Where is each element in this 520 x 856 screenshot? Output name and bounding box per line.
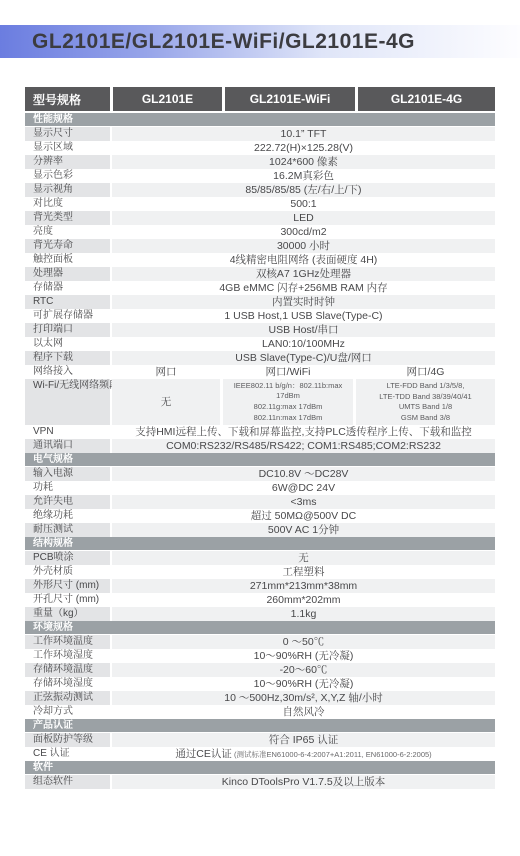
- row-value: 自然风冷: [112, 705, 495, 719]
- spec-row: 背光类型LED: [25, 211, 495, 225]
- row-value-text: -20～60℃: [280, 664, 328, 676]
- row-value: 271mm*213mm*38mm: [112, 579, 495, 593]
- row-label: 程序下载: [25, 351, 110, 365]
- table-header-row: 型号规格 GL2101E GL2101E-WiFi GL2101E-4G: [25, 87, 495, 111]
- row-values: 网口网口/WiFi网口/4G: [112, 365, 495, 379]
- row-subvalue-line: 802.11g:max 17dBm: [254, 402, 323, 412]
- spec-row: 亮度300cd/m2: [25, 225, 495, 239]
- row-value-text: 双核A7 1GHz处理器: [256, 268, 351, 280]
- row-label: 通讯端口: [25, 439, 110, 453]
- row-value: USB Slave(Type-C)/U盘/网口: [112, 351, 495, 365]
- row-value: 1 USB Host,1 USB Slave(Type-C): [112, 309, 495, 323]
- row-value-text: 16.2M真彩色: [273, 170, 334, 182]
- row-label: 亮度: [25, 225, 110, 239]
- row-value-text: 超过 50MΩ@500V DC: [251, 510, 356, 522]
- spec-row: 处理器双核A7 1GHz处理器: [25, 267, 495, 281]
- row-label: 网络接入: [25, 365, 110, 379]
- section-header: 电气规格: [25, 453, 495, 467]
- spec-row: 工作环境湿度10～90%RH (无冷凝): [25, 649, 495, 663]
- row-label: 功耗: [25, 481, 110, 495]
- row-label: Wi-Fi/无线网络频段: [25, 379, 110, 425]
- row-value-text: <3ms: [291, 496, 317, 508]
- row-label: 存储环境湿度: [25, 677, 110, 691]
- row-value-text: 1 USB Host,1 USB Slave(Type-C): [224, 310, 382, 322]
- spec-row: 通讯端口COM0:RS232/RS485/RS422; COM1:RS485;C…: [25, 439, 495, 453]
- row-value: 500V AC 1分钟: [112, 523, 495, 537]
- spec-row: 开孔尺寸 (mm)260mm*202mm: [25, 593, 495, 607]
- spec-row: 正弦振动测试10 ～500Hz,30m/s², X,Y,Z 轴/小时: [25, 691, 495, 705]
- spec-row: 显示视角85/85/85/85 (左/右/上/下): [25, 183, 495, 197]
- row-value: 1024*600 像素: [112, 155, 495, 169]
- row-value: 通过CE认证 (测试标准EN61000-6-4:2007+A1:2011, EN…: [112, 747, 495, 761]
- section-header: 软件: [25, 761, 495, 775]
- row-label: 允许失电: [25, 495, 110, 509]
- spec-row: 功耗6W@DC 24V: [25, 481, 495, 495]
- row-value-text: 自然风冷: [283, 706, 325, 718]
- row-value: 符合 IP65 认证: [112, 733, 495, 747]
- row-value-text: 工程塑料: [283, 566, 325, 578]
- row-label: 分辨率: [25, 155, 110, 169]
- row-value-text: LAN0:10/100MHz: [262, 338, 345, 350]
- row-value: COM0:RS232/RS485/RS422; COM1:RS485;COM2:…: [112, 439, 495, 453]
- row-value-text: 0 ～50℃: [283, 636, 324, 648]
- row-value: 双核A7 1GHz处理器: [112, 267, 495, 281]
- spec-row: 外壳材质工程塑料: [25, 565, 495, 579]
- spec-row: RTC内置实时时钟: [25, 295, 495, 309]
- row-subvalue: 网口/WiFi: [223, 365, 353, 379]
- row-value: <3ms: [112, 495, 495, 509]
- row-value-note: (测试标准EN61000-6-4:2007+A1:2011, EN61000-6…: [232, 750, 432, 759]
- column-header-model-gl2101e: GL2101E: [113, 87, 222, 111]
- spec-row: 打印端口USB Host/串口: [25, 323, 495, 337]
- row-value: 10 ～500Hz,30m/s², X,Y,Z 轴/小时: [112, 691, 495, 705]
- spec-row: 允许失电<3ms: [25, 495, 495, 509]
- spec-row: 网络接入网口网口/WiFi网口/4G: [25, 365, 495, 379]
- spec-row: 存储环境湿度10～90%RH (无冷凝): [25, 677, 495, 691]
- row-label: 触控面板: [25, 253, 110, 267]
- spec-row: 可扩展存储器1 USB Host,1 USB Slave(Type-C): [25, 309, 495, 323]
- row-value-text: 6W@DC 24V: [272, 482, 335, 494]
- row-label: 显示视角: [25, 183, 110, 197]
- row-subvalue-line: 802.11n:max 17dBm: [254, 413, 323, 423]
- spec-row: 背光寿命30000 小时: [25, 239, 495, 253]
- section-header: 性能规格: [25, 113, 495, 127]
- row-label: 正弦振动测试: [25, 691, 110, 705]
- row-value: USB Host/串口: [112, 323, 495, 337]
- spec-row: 重量（kg）1.1kg: [25, 607, 495, 621]
- row-value: 10～90%RH (无冷凝): [112, 677, 495, 691]
- spec-row: 存储器4GB eMMC 闪存+256MB RAM 内存: [25, 281, 495, 295]
- row-value: 222.72(H)×125.28(V): [112, 141, 495, 155]
- row-label: 以太网: [25, 337, 110, 351]
- row-value: 4线精密电阻网络 (表面硬度 4H): [112, 253, 495, 267]
- row-value-text: 通过CE认证: [175, 748, 232, 760]
- row-value: 10.1” TFT: [112, 127, 495, 141]
- row-label: 显示尺寸: [25, 127, 110, 141]
- row-value-text: 300cd/m2: [280, 226, 326, 238]
- spec-row: 组态软件Kinco DToolsPro V1.7.5及以上版本: [25, 775, 495, 789]
- row-subvalue: 网口: [112, 365, 220, 379]
- row-value: -20～60℃: [112, 663, 495, 677]
- spec-row: 输入电源DC10.8V ～DC28V: [25, 467, 495, 481]
- spec-row: 外形尺寸 (mm)271mm*213mm*38mm: [25, 579, 495, 593]
- row-subvalue: 网口/4G: [356, 365, 495, 379]
- row-value: 6W@DC 24V: [112, 481, 495, 495]
- row-value-text: 10 ～500Hz,30m/s², X,Y,Z 轴/小时: [224, 692, 383, 704]
- row-label: 工作环境湿度: [25, 649, 110, 663]
- spec-row: 存储环境温度-20～60℃: [25, 663, 495, 677]
- row-label: 可扩展存储器: [25, 309, 110, 323]
- row-value-text: USB Slave(Type-C)/U盘/网口: [235, 352, 372, 364]
- row-value: Kinco DToolsPro V1.7.5及以上版本: [112, 775, 495, 789]
- row-value-text: 10.1” TFT: [281, 128, 327, 140]
- row-value-text: 222.72(H)×125.28(V): [254, 142, 353, 154]
- spec-row: 工作环境温度0 ～50℃: [25, 635, 495, 649]
- row-value-text: 500V AC 1分钟: [268, 524, 339, 536]
- row-value: 30000 小时: [112, 239, 495, 253]
- row-values: 无IEEE802.11 b/g/n：802.11b:max 17dBm802.1…: [112, 379, 495, 425]
- row-label: 面板防护等级: [25, 733, 110, 747]
- row-value-text: 271mm*213mm*38mm: [250, 580, 357, 592]
- row-value-text: LED: [293, 212, 313, 224]
- row-label: 工作环境温度: [25, 635, 110, 649]
- section-header: 结构规格: [25, 537, 495, 551]
- row-value-text: 10～90%RH (无冷凝): [254, 678, 354, 690]
- row-value: LED: [112, 211, 495, 225]
- row-label: 背光寿命: [25, 239, 110, 253]
- spec-row: 显示区域222.72(H)×125.28(V): [25, 141, 495, 155]
- row-value: 内置实时时钟: [112, 295, 495, 309]
- table-body: 性能规格显示尺寸10.1” TFT显示区域222.72(H)×125.28(V)…: [25, 113, 495, 789]
- row-value-text: DC10.8V ～DC28V: [259, 468, 349, 480]
- spec-row: 对比度500:1: [25, 197, 495, 211]
- row-subvalue-line: LTE-FDD Band 1/3/5/8,: [387, 381, 465, 391]
- row-value: 工程塑料: [112, 565, 495, 579]
- spec-row: VPN支持HMI远程上传、下载和屏幕监控,支持PLC透传程序上传、下载和监控: [25, 425, 495, 439]
- row-subvalue-line: IEEE802.11 b/g/n：802.11b:max 17dBm: [223, 381, 353, 401]
- row-label: 开孔尺寸 (mm): [25, 593, 110, 607]
- spec-row: 耐压测试500V AC 1分钟: [25, 523, 495, 537]
- column-header-model-gl2101e-wifi: GL2101E-WiFi: [225, 87, 355, 111]
- row-value: 1.1kg: [112, 607, 495, 621]
- row-value-text: 85/85/85/85 (左/右/上/下): [245, 184, 361, 196]
- spec-row: 程序下载USB Slave(Type-C)/U盘/网口: [25, 351, 495, 365]
- row-value-text: 符合 IP65 认证: [269, 734, 338, 746]
- spec-row: 以太网LAN0:10/100MHz: [25, 337, 495, 351]
- page-title: GL2101E/GL2101E-WiFi/GL2101E-4G: [32, 30, 415, 54]
- spec-row: 显示色彩16.2M真彩色: [25, 169, 495, 183]
- row-value-text: 260mm*202mm: [266, 594, 340, 606]
- spec-row: 绝缘功耗超过 50MΩ@500V DC: [25, 509, 495, 523]
- row-subvalue-line: LTE-TDD Band 38/39/40/41: [379, 392, 471, 402]
- row-label: 处理器: [25, 267, 110, 281]
- row-label: 打印端口: [25, 323, 110, 337]
- row-label: 耐压测试: [25, 523, 110, 537]
- row-subvalue-line: UMTS Band 1/8: [399, 402, 452, 412]
- row-value: DC10.8V ～DC28V: [112, 467, 495, 481]
- row-label: 外形尺寸 (mm): [25, 579, 110, 593]
- row-value: 500:1: [112, 197, 495, 211]
- row-value-text: 内置实时时钟: [272, 296, 335, 308]
- row-value: LAN0:10/100MHz: [112, 337, 495, 351]
- spec-row: 触控面板4线精密电阻网络 (表面硬度 4H): [25, 253, 495, 267]
- spec-row: Wi-Fi/无线网络频段无IEEE802.11 b/g/n：802.11b:ma…: [25, 379, 495, 425]
- row-value-text: 4GB eMMC 闪存+256MB RAM 内存: [219, 282, 387, 294]
- section-header: 产品认证: [25, 719, 495, 733]
- row-value: 10～90%RH (无冷凝): [112, 649, 495, 663]
- row-label: 重量（kg）: [25, 607, 110, 621]
- row-subvalue-line: 无: [161, 396, 172, 409]
- row-label: VPN: [25, 425, 110, 439]
- row-value: 300cd/m2: [112, 225, 495, 239]
- spec-row: 分辨率1024*600 像素: [25, 155, 495, 169]
- row-value: 260mm*202mm: [112, 593, 495, 607]
- row-value-text: 4线精密电阻网络 (表面硬度 4H): [230, 254, 378, 266]
- row-value: 4GB eMMC 闪存+256MB RAM 内存: [112, 281, 495, 295]
- row-label: 组态软件: [25, 775, 110, 789]
- spec-row: 冷却方式自然风冷: [25, 705, 495, 719]
- row-subvalue-line: GSM Band 3/8: [401, 413, 450, 423]
- row-value: 0 ～50℃: [112, 635, 495, 649]
- page-title-banner: GL2101E/GL2101E-WiFi/GL2101E-4G: [0, 25, 520, 58]
- row-value-text: 500:1: [290, 198, 316, 210]
- column-header-model-gl2101e-4g: GL2101E-4G: [358, 87, 495, 111]
- row-value: 85/85/85/85 (左/右/上/下): [112, 183, 495, 197]
- spec-row: CE 认证通过CE认证 (测试标准EN61000-6-4:2007+A1:201…: [25, 747, 495, 761]
- row-value: 超过 50MΩ@500V DC: [112, 509, 495, 523]
- row-value-text: USB Host/串口: [268, 324, 338, 336]
- spec-row: 面板防护等级符合 IP65 认证: [25, 733, 495, 747]
- row-label: PCB喷涂: [25, 551, 110, 565]
- row-value-text: COM0:RS232/RS485/RS422; COM1:RS485;COM2:…: [166, 440, 441, 452]
- column-header-spec-label: 型号规格: [25, 87, 110, 111]
- row-value: 无: [112, 551, 495, 565]
- spec-table: 型号规格 GL2101E GL2101E-WiFi GL2101E-4G 性能规…: [25, 87, 495, 789]
- row-value-text: 无: [298, 552, 309, 564]
- row-value-text: 30000 小时: [277, 240, 330, 252]
- row-value-text: 10～90%RH (无冷凝): [254, 650, 354, 662]
- row-label: 外壳材质: [25, 565, 110, 579]
- spec-row: 显示尺寸10.1” TFT: [25, 127, 495, 141]
- row-subvalue: IEEE802.11 b/g/n：802.11b:max 17dBm802.11…: [223, 379, 353, 425]
- row-label: 存储环境温度: [25, 663, 110, 677]
- row-value: 支持HMI远程上传、下载和屏幕监控,支持PLC透传程序上传、下载和监控: [112, 425, 495, 439]
- row-label: 背光类型: [25, 211, 110, 225]
- row-label: CE 认证: [25, 747, 110, 761]
- row-label: RTC: [25, 295, 110, 309]
- row-label: 显示色彩: [25, 169, 110, 183]
- row-subvalue: 无: [112, 379, 220, 425]
- row-value: 16.2M真彩色: [112, 169, 495, 183]
- row-value-text: 支持HMI远程上传、下载和屏幕监控,支持PLC透传程序上传、下载和监控: [135, 426, 472, 438]
- row-label: 存储器: [25, 281, 110, 295]
- row-label: 显示区域: [25, 141, 110, 155]
- row-value-text: Kinco DToolsPro V1.7.5及以上版本: [222, 776, 385, 788]
- row-value-text: 1.1kg: [291, 608, 317, 620]
- row-subvalue: LTE-FDD Band 1/3/5/8,LTE-TDD Band 38/39/…: [356, 379, 495, 425]
- spec-row: PCB喷涂无: [25, 551, 495, 565]
- row-label: 对比度: [25, 197, 110, 211]
- row-label: 输入电源: [25, 467, 110, 481]
- row-label: 冷却方式: [25, 705, 110, 719]
- row-label: 绝缘功耗: [25, 509, 110, 523]
- section-header: 环境规格: [25, 621, 495, 635]
- row-value-text: 1024*600 像素: [269, 156, 338, 168]
